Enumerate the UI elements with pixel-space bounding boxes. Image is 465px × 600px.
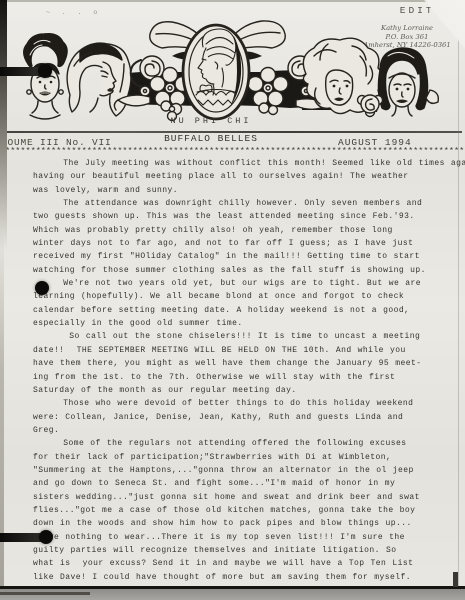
masthead-artwork [0,0,465,135]
punch-hole-top [38,64,52,78]
organization-name: NU PHI CHI [0,116,422,126]
scan-edge-top [0,0,465,2]
scan-edge-right [458,0,459,587]
body-text-line: like Dave! I could have thought of more … [33,571,458,584]
body-text-line: and go down to Seneca St. and fight some… [33,477,458,490]
body-text-line: calendar before setting meeting date. A … [33,304,458,317]
body-text-line: have them there, you might as well have … [33,357,458,370]
body-text-line: guilty parties will recognize themselves… [33,544,458,557]
body-text-line: was lovely, warm and sunny. [33,184,458,197]
scan-edge-left [0,0,7,250]
body-text-line: for their lack of participation;"Strawbe… [33,451,458,464]
body-text-line: date!! THE SEPTEMBER MEETING WILL BE HEL… [33,344,458,357]
body-text-line: down in the woods and show him how to pa… [33,517,458,530]
newsletter-body: The July meeting was without conflict th… [33,157,458,584]
body-text-line: The July meeting was without conflict th… [33,157,458,170]
woman-face-right-bob [378,48,427,116]
punch-hole-bottom [39,530,53,544]
body-text-line: two guests shown up. This was the least … [33,210,458,223]
small-flower [358,95,383,117]
punch-hole-middle [35,281,49,295]
body-text-line: winter days not to far ago, and not to f… [33,237,458,250]
page-bottom-edge [0,586,465,589]
body-text-line: received my first "HOliday Catalog" in t… [33,250,458,263]
body-text-line: especially in the good old summer time. [33,317,458,330]
body-text-line: what is your excuss? Send it in and mayb… [33,557,458,570]
body-text-line: The attendance was downright chilly howe… [33,197,458,210]
body-text-line: Greg. [33,424,458,437]
body-text-line: were: Collean, Janice, Denise, Jean, Kat… [33,411,458,424]
body-text-line: Some of the regulars not attending offer… [33,437,458,450]
body-text-line: flies..."got me a case of those old kitc… [33,504,458,517]
body-text-line: Saturday of the month as our regular mee… [33,384,458,397]
body-text-line: So call out the stone chiselers!!! It is… [33,330,458,343]
body-text-line: "I've nothing to wear...There it is my t… [33,531,458,544]
body-text-line: "Summering at the Hamptons,..."gonna thr… [33,464,458,477]
asterisk-separator: ****************************************… [0,146,464,156]
body-text-line: Those who were devoid of better things t… [33,397,458,410]
newsletter-page: ~ . . o EDITOR Kathy Lorraine P.O. Box 3… [0,0,465,587]
body-text-line: Which was probably pretty chilly also! o… [33,224,458,237]
scanned-newsletter: { "colors": { "paper": "#e9e7e1", "ink":… [0,0,465,600]
body-text-line: watching for those summer clothing sales… [33,264,458,277]
page-corner-top-right [423,0,465,52]
woman-face-left-profile [67,43,131,116]
body-text-line: having our beautiful meeting place all t… [33,170,458,183]
page-bottom-edge-shadow [0,592,90,595]
body-text-line: ing from the 1st. to the 7th. Otherwise … [33,371,458,384]
body-text-line: learning (hopefully). We all became blon… [33,290,458,303]
cameo-portrait [183,25,249,119]
body-text-line: We're not two years old yet, but our wig… [33,277,458,290]
body-text-line: sisters wedding..."just gonna sit home a… [33,491,458,504]
page-right-edge-mark [453,572,458,587]
